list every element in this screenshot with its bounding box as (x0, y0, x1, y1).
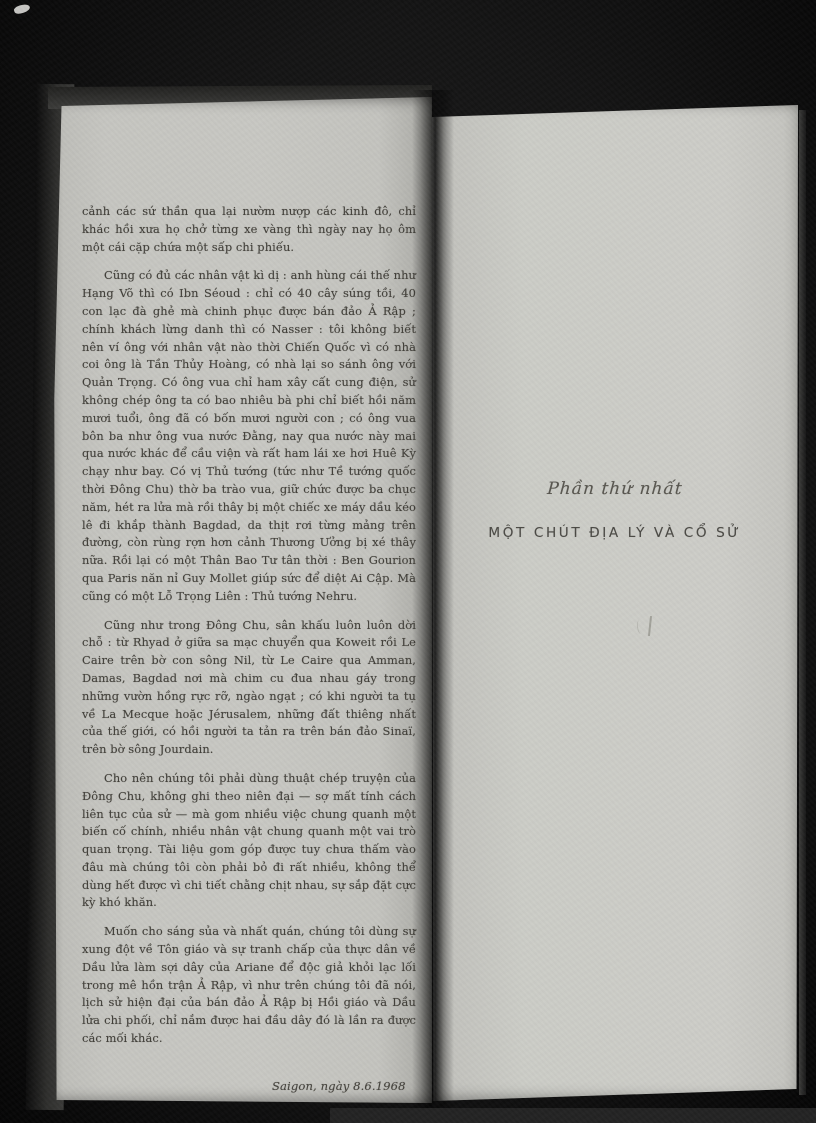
paragraph: Cho nên chúng tôi phải dùng thuật chép t… (82, 770, 416, 912)
paragraph: Cũng như trong Đông Chu, sân khấu luôn l… (82, 617, 416, 759)
bottom-shadow-band (330, 1108, 816, 1123)
paragraph: Cũng có đủ các nhân vật kì dị : anh hùng… (82, 267, 416, 605)
paragraph: cảnh các sứ thần qua lại nườm nượp các k… (82, 203, 416, 256)
paragraph: Muốn cho sáng sủa và nhất quán, chúng tô… (82, 923, 416, 1048)
left-page-text-block: cảnh các sứ thần qua lại nườm nượp các k… (82, 203, 416, 1096)
book-scan-photo: cảnh các sứ thần qua lại nườm nượp các k… (0, 0, 816, 1123)
right-fore-edge (799, 110, 806, 1095)
right-page: Phần thứ nhất MỘT CHÚT ĐỊA LÝ VÀ CỔ SỬ (432, 101, 798, 1101)
chapter-title: MỘT CHÚT ĐỊA LÝ VÀ CỔ SỬ (432, 525, 798, 541)
dust-speck (13, 3, 31, 16)
left-page: cảnh các sứ thần qua lại nườm nượp các k… (52, 97, 432, 1103)
pen-mark (648, 616, 652, 636)
part-label: Phần thứ nhất (431, 479, 798, 499)
pen-mark-curve (636, 620, 646, 635)
dateline: Saigon, ngày 8.6.1968 (82, 1078, 416, 1096)
